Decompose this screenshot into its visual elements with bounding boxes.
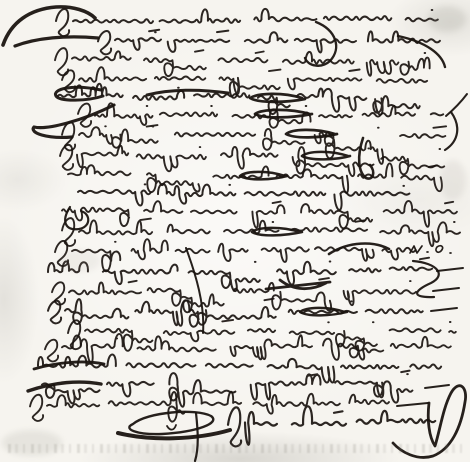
dash-line16 <box>431 308 457 311</box>
notation-no-10 <box>410 246 451 253</box>
handwriting-line <box>62 122 446 164</box>
dash-line20 <box>425 385 449 388</box>
handwriting-line <box>30 392 389 422</box>
handwriting-line <box>48 299 423 327</box>
signature-oval <box>129 412 213 434</box>
handwriting-line <box>98 30 440 55</box>
lens-swash-3 <box>286 130 337 138</box>
handwriting-lines-group <box>30 9 460 446</box>
handwriting-line <box>52 278 416 312</box>
manuscript-page <box>0 0 470 462</box>
handwriting-line <box>45 334 451 363</box>
signature-tick <box>167 425 176 430</box>
signature-line <box>228 406 435 446</box>
diagonal-stroke <box>186 248 203 333</box>
right-curl-line6 <box>445 112 457 150</box>
dash-line21 <box>397 403 428 406</box>
handwriting-line <box>48 258 432 291</box>
line2-left-swash <box>15 37 98 46</box>
lens-swash-5 <box>240 172 287 180</box>
bleed-through-text <box>8 444 466 453</box>
right-margin-slash <box>446 94 467 116</box>
handwriting-line <box>62 218 460 246</box>
dash-line15 <box>433 288 459 291</box>
line20-bold-strike <box>28 382 101 391</box>
handwriting-line <box>56 9 438 36</box>
line13-bold-z <box>329 244 389 254</box>
handwriting-line <box>38 354 441 382</box>
lens-swash-2 <box>255 110 312 118</box>
scribble-x <box>266 280 330 289</box>
handwriting-svg <box>0 0 470 462</box>
dash-line14 <box>437 268 463 271</box>
handwriting-line <box>78 184 409 210</box>
